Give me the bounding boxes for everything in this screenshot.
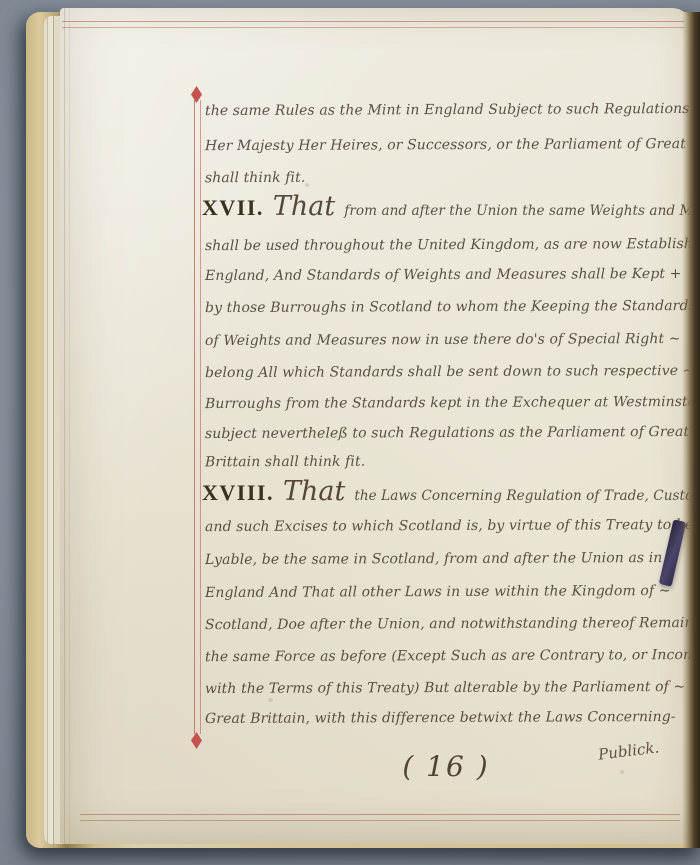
manuscript-line: England, And Standards of Weights and Me… xyxy=(205,264,682,286)
manuscript-line: shall think fit. xyxy=(205,168,305,188)
manuscript-page: the same Rules as the Mint in England Su… xyxy=(60,8,692,844)
section-heading-text: from and after the Union the same Weight… xyxy=(344,203,692,219)
binding-crease xyxy=(64,8,65,844)
section-heading-text: the Laws Concerning Regulation of Trade,… xyxy=(354,488,692,504)
section-lead-word: That xyxy=(283,476,345,507)
manuscript-line: of Weights and Measures now in use there… xyxy=(205,329,681,351)
section-heading-xviii: XVIII. That the Laws Concerning Regulati… xyxy=(202,476,692,507)
manuscript-line: Brittain shall think fit. xyxy=(205,452,365,473)
manuscript-line: the same Rules as the Mint in England Su… xyxy=(205,99,692,121)
manuscript-line: Great Brittain, with this difference bet… xyxy=(205,707,676,729)
manuscript-line: shall be used throughout the United King… xyxy=(205,234,692,256)
manuscript-line: by those Burroughs in Scotland to whom t… xyxy=(205,296,692,318)
section-numeral: XVIII. xyxy=(202,480,274,506)
margin-diamond-bottom-icon xyxy=(191,732,202,749)
section-numeral: XVII. xyxy=(202,195,264,221)
manuscript-line: with the Terms of this Treaty) But alter… xyxy=(205,677,685,699)
book-fore-edge xyxy=(682,12,700,848)
stain-speck xyxy=(305,183,309,187)
stain-speck xyxy=(620,770,624,774)
manuscript-line: Her Majesty Her Heires, or Successors, o… xyxy=(205,134,692,156)
manuscript-line: belong All which Standards shall be sent… xyxy=(205,361,692,383)
ruled-border-top xyxy=(62,21,684,28)
catchword: Publick. xyxy=(597,738,660,763)
red-margin-line xyxy=(194,100,201,734)
manuscript-line: and such Excises to which Scotland is, b… xyxy=(205,515,692,537)
manuscript-line: England And That all other Laws in use w… xyxy=(205,581,671,603)
ruled-border-bottom xyxy=(80,814,680,821)
manuscript-line: Burroughs from the Standards kept in the… xyxy=(205,392,692,414)
section-lead-word: That xyxy=(273,191,335,222)
manuscript-line: subject nevertheleß to such Regulations … xyxy=(205,422,692,444)
section-heading-xvii: XVII. That from and after the Union the … xyxy=(202,191,692,222)
page-number: ( 16 ) xyxy=(386,750,506,783)
binding-crease-2 xyxy=(69,8,70,844)
manuscript-line: Scotland, Doe after the Union, and notwi… xyxy=(205,613,692,635)
manuscript-line: Lyable, be the same in Scotland, from an… xyxy=(205,548,679,570)
manuscript-line: the same Force as before (Except Such as… xyxy=(205,645,692,667)
